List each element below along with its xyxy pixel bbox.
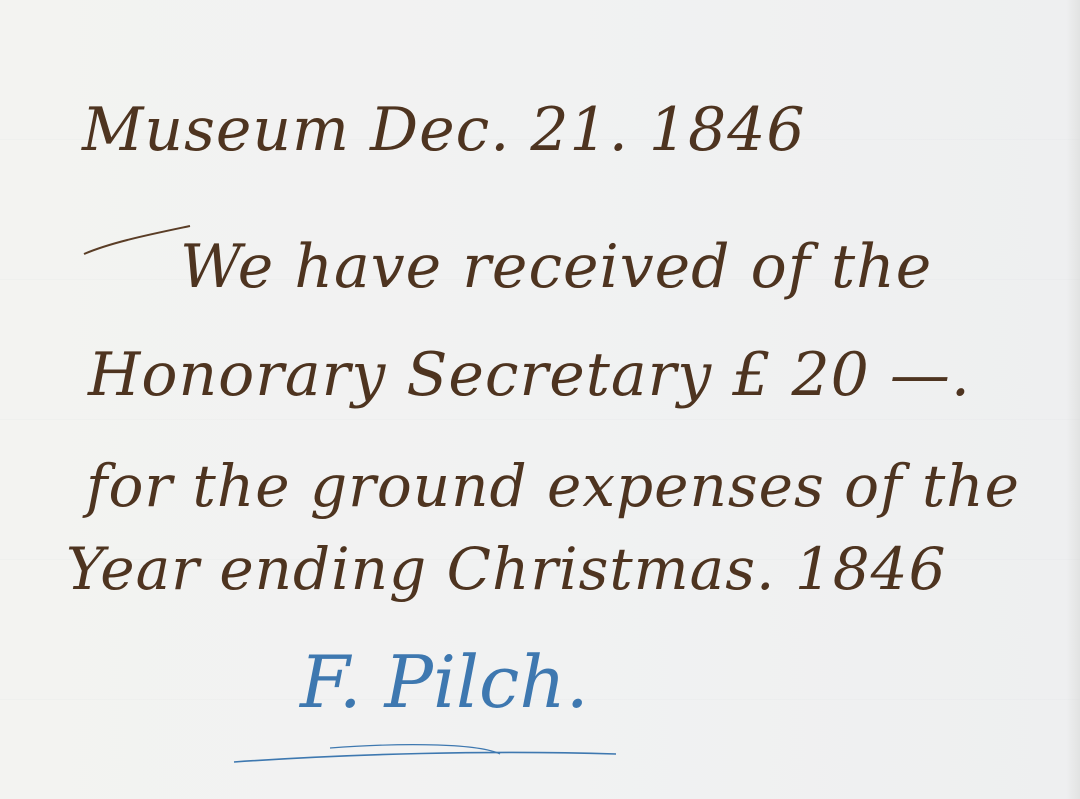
- signature-underline: [230, 740, 620, 770]
- receipt-line-3: for the ground expenses of the: [86, 452, 1020, 520]
- receipt-line-1: We have received of the: [180, 232, 932, 302]
- signature: F. Pilch.: [300, 640, 589, 724]
- receipt-line-4: Year ending Christmas. 1846: [66, 535, 947, 603]
- paper-sheet: Museum Dec. 21. 1846 We have received of…: [0, 0, 1080, 799]
- receipt-line-2: Honorary Secretary £ 20 —.: [88, 340, 971, 410]
- dateline: Museum Dec. 21. 1846: [82, 95, 806, 165]
- pen-flourish: [82, 222, 192, 258]
